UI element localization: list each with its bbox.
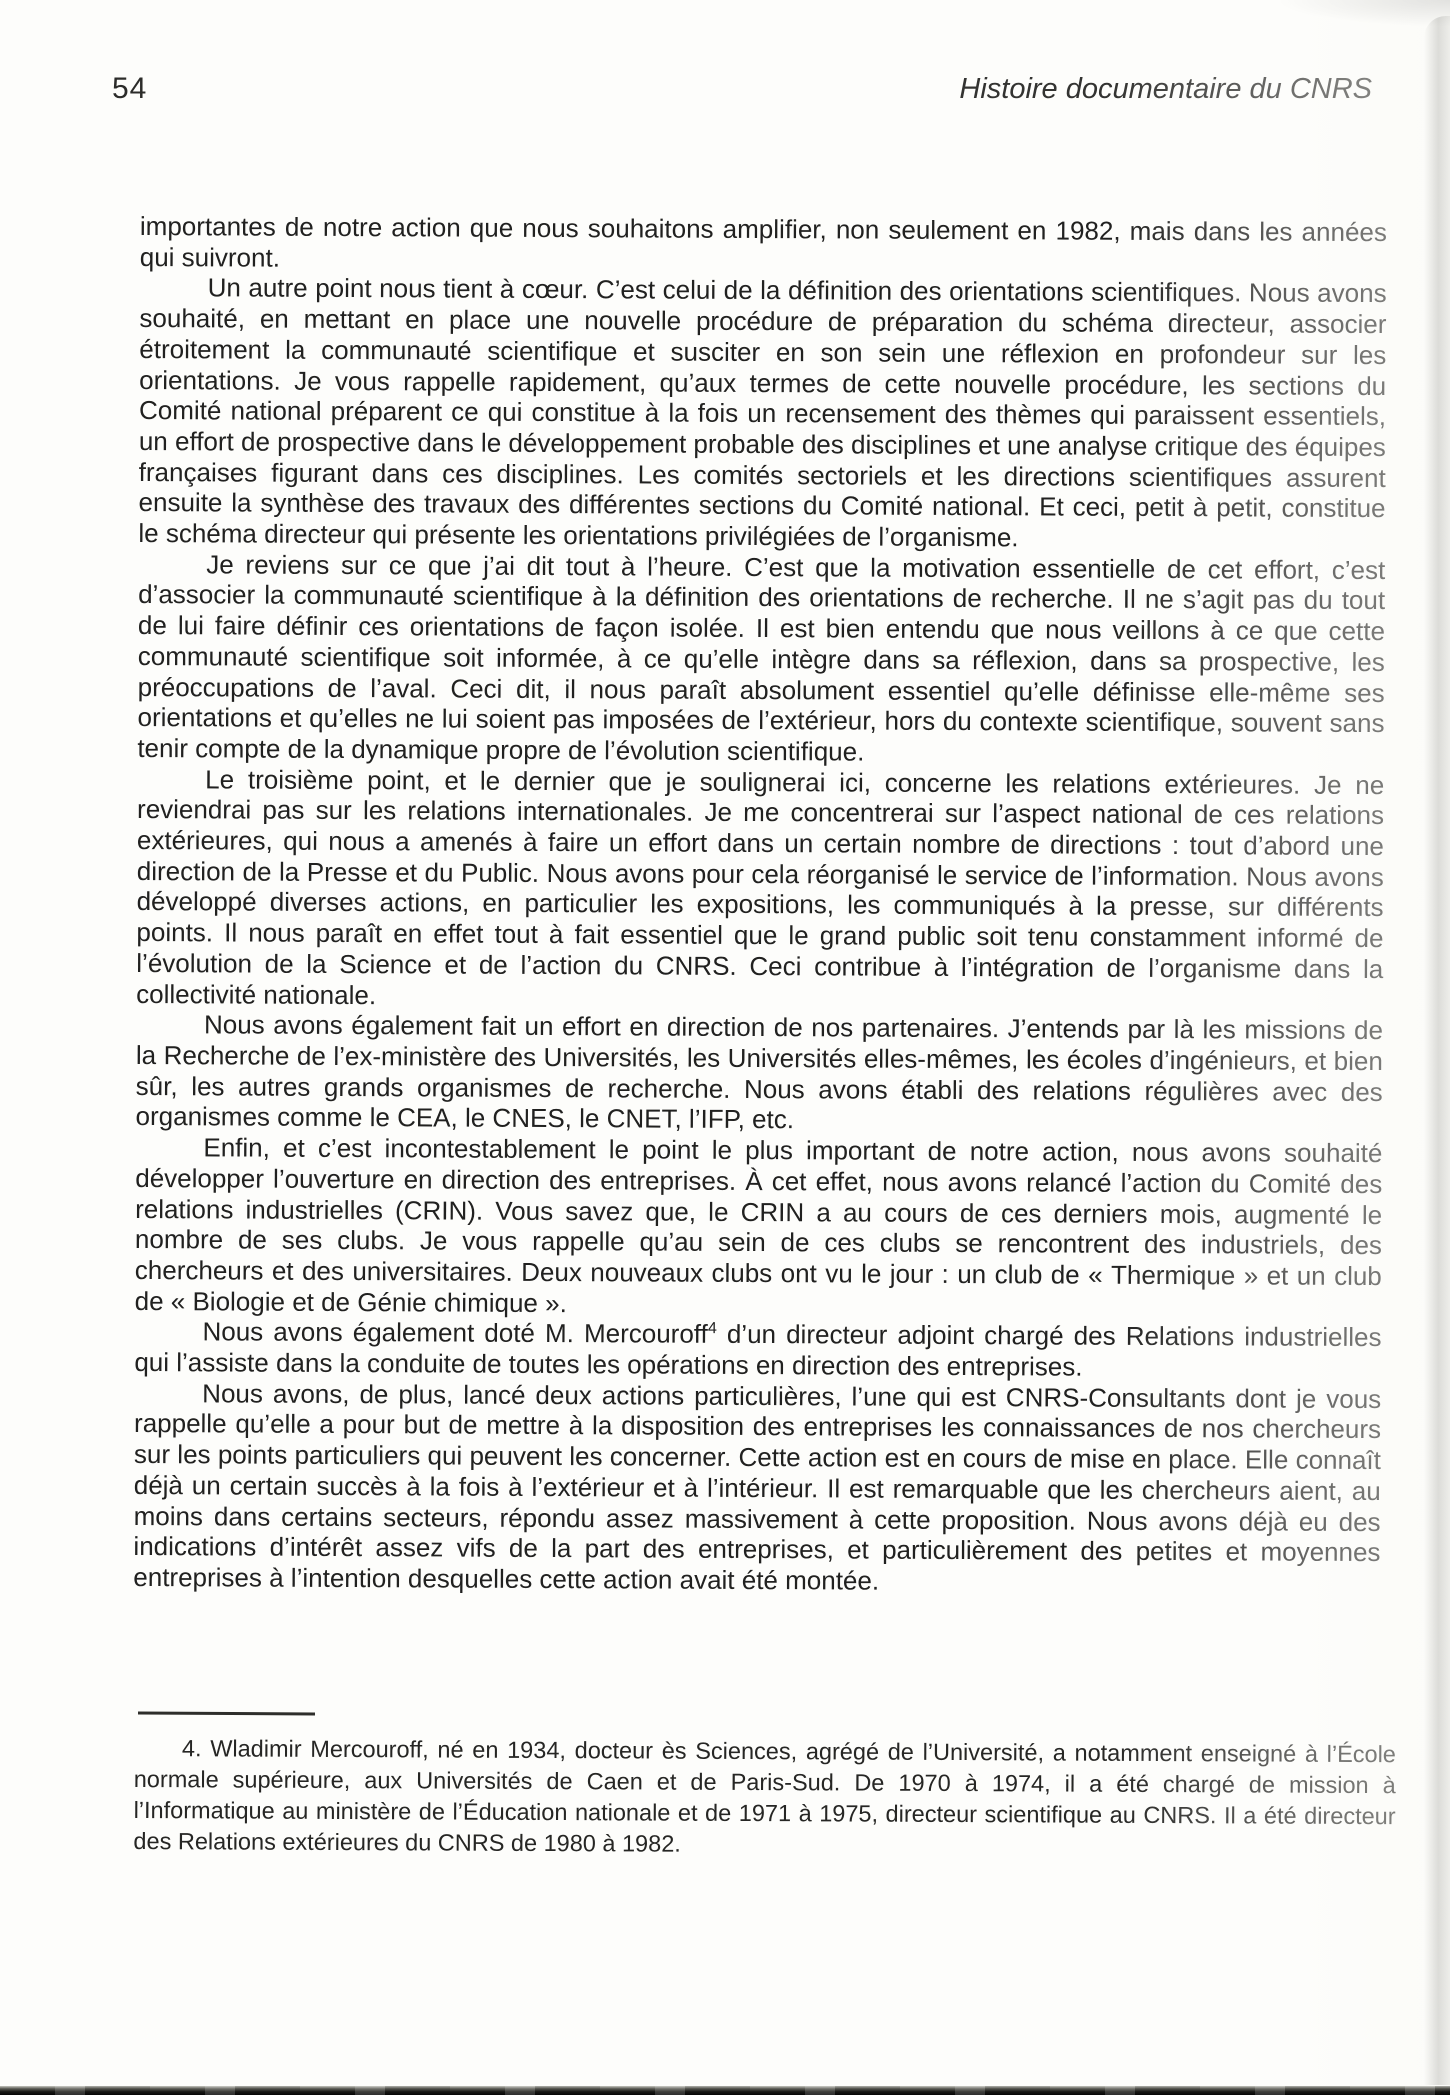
body-paragraph: Le troisième point, et le dernier que je… xyxy=(136,764,1384,1016)
running-title: Histoire documentaire du CNRS xyxy=(959,73,1372,106)
body-paragraph: Nous avons, de plus, lancé deux actions … xyxy=(133,1378,1381,1599)
body-paragraph: Enfin, et c’est incontestablement le poi… xyxy=(135,1132,1383,1322)
footnote-separator-rule xyxy=(138,1712,315,1716)
body-paragraph: Je reviens sur ce que j’ai dit tout à l’… xyxy=(137,549,1385,770)
footnote-paragraph: 4. Wladimir Mercouroff, né en 1934, doct… xyxy=(133,1733,1396,1863)
scanned-book-page: 54 Histoire documentaire du CNRS importa… xyxy=(0,0,1450,2095)
body-text-block: importantes de notre action que nous sou… xyxy=(133,211,1387,1599)
body-paragraph: Un autre point nous tient à cœur. C’est … xyxy=(138,272,1386,554)
footnote-block: 4. Wladimir Mercouroff, né en 1934, doct… xyxy=(133,1733,1396,1863)
page-number: 54 xyxy=(112,72,147,106)
footnote-reference-mark: 4 xyxy=(708,1319,717,1337)
body-paragraph: Nous avons également fait un effort en d… xyxy=(135,1009,1383,1138)
body-paragraph: importantes de notre action que nous sou… xyxy=(140,211,1387,278)
running-header: 54 Histoire documentaire du CNRS xyxy=(112,72,1372,106)
page-gutter-shadow xyxy=(1424,16,1450,2085)
body-paragraph: Nous avons également doté M. Mercouroff4… xyxy=(134,1316,1381,1383)
corner-scan-shadow xyxy=(1280,0,1450,26)
scan-bottom-edge xyxy=(0,2086,1450,2095)
